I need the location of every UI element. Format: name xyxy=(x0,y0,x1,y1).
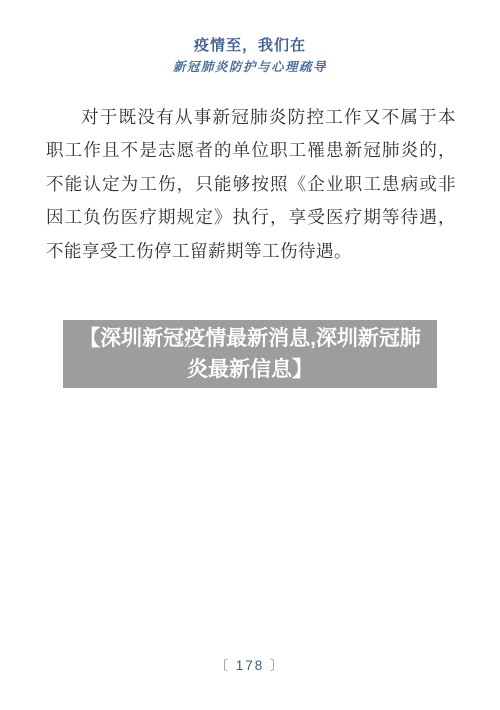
book-subtitle: 新冠肺炎防护与心理疏导 xyxy=(0,59,500,75)
book-header: 疫情至，我们在 新冠肺炎防护与心理疏导 xyxy=(0,36,500,75)
page-footer: 〔 178 〕 xyxy=(0,654,500,675)
page-number: 〔 178 〕 xyxy=(214,658,285,673)
book-page: 疫情至，我们在 新冠肺炎防护与心理疏导 对于既没有从事新冠肺炎防控工作又不属于本… xyxy=(0,0,500,710)
body-paragraph: 对于既没有从事新冠肺炎防控工作又不属于本职工作且不是志愿者的单位职工罹患新冠肺炎… xyxy=(46,101,456,268)
book-title: 疫情至，我们在 xyxy=(0,36,500,56)
section-heading: 【深圳新冠疫情最新消息,深圳新冠肺炎最新信息】 xyxy=(63,320,437,388)
